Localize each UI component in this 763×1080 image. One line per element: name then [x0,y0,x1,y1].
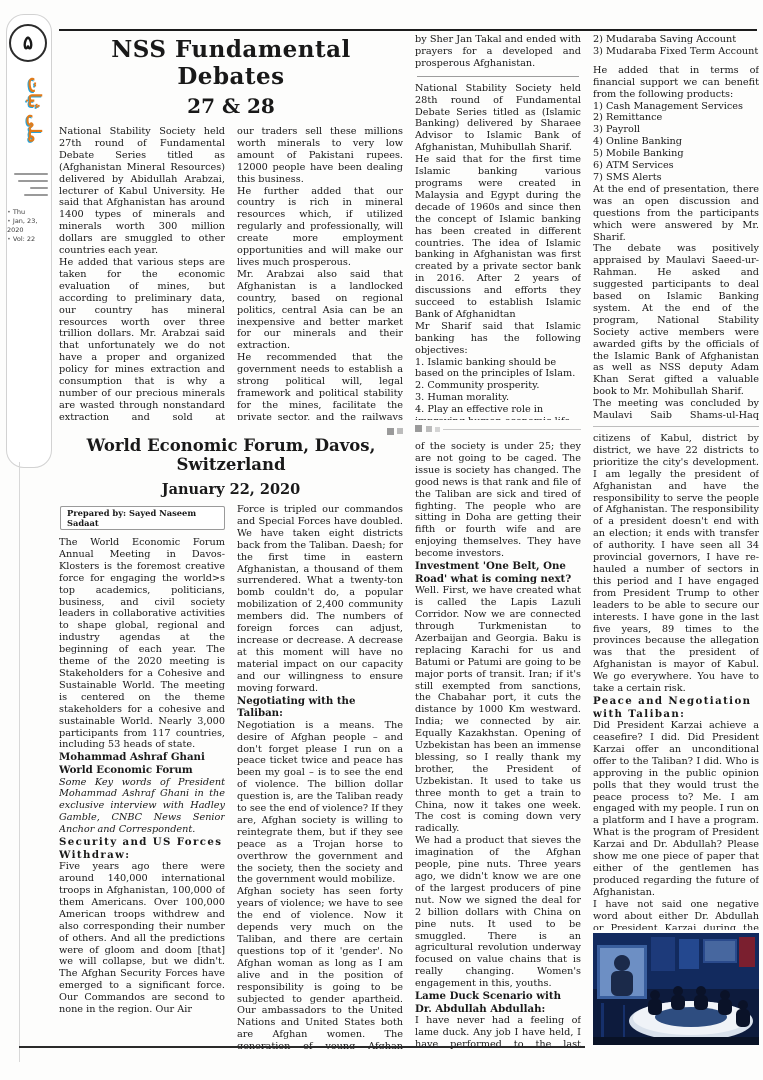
article-headline: NSS Fundamental Debates 27 & 28 [59,36,403,118]
issue-day: Thu [7,208,53,217]
paragraph: Mr. Arabzai also said that Afghanistan i… [237,269,403,352]
article-nss-debates: NSS Fundamental Debates 27 & 28 National… [59,34,757,420]
paragraph: The meeting was concluded by Maulavi Sai… [593,398,759,420]
paragraph: Some Key words of President Mohammad Ash… [59,777,225,837]
paragraph: 3. Human morality. [415,392,581,404]
paragraph: 2) Remittance [593,112,759,124]
paragraph: He added that in terms of financial supp… [593,65,759,101]
top-rule [59,29,757,31]
paragraph: 3) Mudaraba Fixed Term Account [593,46,759,58]
masthead-logo-script: ملی ثبات [10,64,44,156]
paragraph: citizens of Kabul, district by district,… [593,433,759,695]
issue-date: Jan, 23, 2020 [7,217,53,235]
paragraph: 4) Online Banking [593,136,759,148]
paragraph: 7) SMS Alerts [593,172,759,184]
headline-line2: 27 & 28 [59,94,403,118]
article-world-economic-forum: World Economic Forum, Davos, Switzerland… [59,424,757,1049]
paragraph: 2. Community prosperity. [415,380,581,392]
headline-line1: NSS Fundamental Debates [59,36,403,90]
paragraph: He added that various steps are taken fo… [59,257,225,420]
page-number: ۵ [23,32,33,54]
paragraph: Mr Sharif said that Islamic banking has … [415,321,581,357]
paragraph: by Sher Jan Takal and ended with prayers… [415,34,581,70]
studio-photo [593,933,759,1049]
paragraph: of the society is under 25; they are not… [415,441,581,560]
section-heading: Security and US Forces Withdraw: [59,836,225,861]
article-title: World Economic Forum, Davos, Switzerland [59,436,403,474]
column-2: Force is tripled our commandos and Speci… [237,504,403,1049]
section-heading: Negotiating with the Taliban: [237,695,403,720]
page-number-badge: ۵ [9,24,47,62]
paragraph: The debate was positively appraised by M… [593,243,759,398]
issue-date-block: Thu Jan, 23, 2020 Vol: 22 [7,208,53,244]
paragraph: 4. Play an effective role in improving h… [415,404,581,420]
paragraph: At the end of presentation, there was an… [593,184,759,244]
issue-volume: Vol: 22 [7,235,53,244]
paragraph: The World Economic Forum Annual Meeting … [59,537,225,751]
tv-studio-roundtable-photo [593,933,759,1045]
paragraph: National Stability Society held 28th rou… [415,83,581,154]
column-4: 2) Mudaraba Saving Account3) Mudaraba Fi… [593,34,759,420]
paragraph: Afghan society has seen forty years of v… [237,886,403,1049]
paragraph: 3) Payroll [593,124,759,136]
story-divider [417,76,579,77]
masthead-decorative-script [8,168,48,196]
page-left-border [19,462,20,1062]
column-3: by Sher Jan Takal and ended with prayers… [415,34,581,420]
column-1-text: The World Economic Forum Annual Meeting … [59,537,225,1016]
section-heading: Mohammad Ashraf Ghani World Economic For… [59,751,225,776]
paragraph: He recommended that the government needs… [237,352,403,420]
paragraph: Well. First, we have created what is cal… [415,585,581,835]
section-heading: Lame Duck Scenario with Dr. Abdullah Abd… [415,990,581,1015]
paragraph: Did President Karzai achieve a ceasefire… [593,720,759,899]
article-subtitle: January 22, 2020 [59,481,403,498]
paragraph: Force is tripled our commandos and Speci… [237,504,403,695]
masthead-sidebar: ۵ ملی ثبات Thu Jan, 23, 2020 Vol: 22 [0,0,57,1080]
page-content: NSS Fundamental Debates 27 & 28 National… [59,0,757,1080]
section-heading: Investment 'One Belt, One Road' what is … [415,560,581,585]
column-4: citizens of Kabul, district by district,… [593,424,759,1049]
squares-ornament [384,428,403,435]
paragraph: Five years ago there were around 140,000… [59,861,225,1016]
newspaper-page: ۵ ملی ثبات Thu Jan, 23, 2020 Vol: 22 NSS… [0,0,763,1080]
bottom-rule [19,1046,585,1048]
paragraph: National Stability Society held 27th rou… [59,126,225,257]
byline: Prepared by: Sayed Naseem Sadaat [60,506,225,530]
squares-ornament [415,425,581,435]
column-4-text: citizens of Kabul, district by district,… [593,433,759,930]
paragraph: our traders sell these millions worth mi… [237,126,403,186]
paragraph: I have not said one negative word about … [593,899,759,930]
column-1: Prepared by: Sayed Naseem Sadaat The Wor… [59,504,225,1049]
paragraph: 1. Islamic banking should be based on th… [415,357,581,381]
column-2: our traders sell these millions worth mi… [237,126,403,420]
section-divider-line [593,426,759,427]
paragraph: Negotiation is a means. The desire of Af… [237,720,403,887]
paragraph: We had a product that sieves the imagina… [415,835,581,990]
paragraph: 6) ATM Services [593,160,759,172]
section-heading: Peace and Negotiation with Taliban: [593,695,759,720]
column-3: of the society is under 25; they are not… [415,424,581,1049]
paragraph: He said that for the first time Islamic … [415,154,581,321]
paragraph: I have never had a feeling of lame duck.… [415,1015,581,1049]
paragraph: 1) Cash Management Services [593,101,759,113]
column-1: National Stability Society held 27th rou… [59,126,225,420]
paragraph: 5) Mobile Banking [593,148,759,160]
article-title-block: World Economic Forum, Davos, Switzerland… [59,428,403,498]
paragraph: He further added that our country is ric… [237,186,403,269]
paragraph: 2) Mudaraba Saving Account [593,34,759,46]
